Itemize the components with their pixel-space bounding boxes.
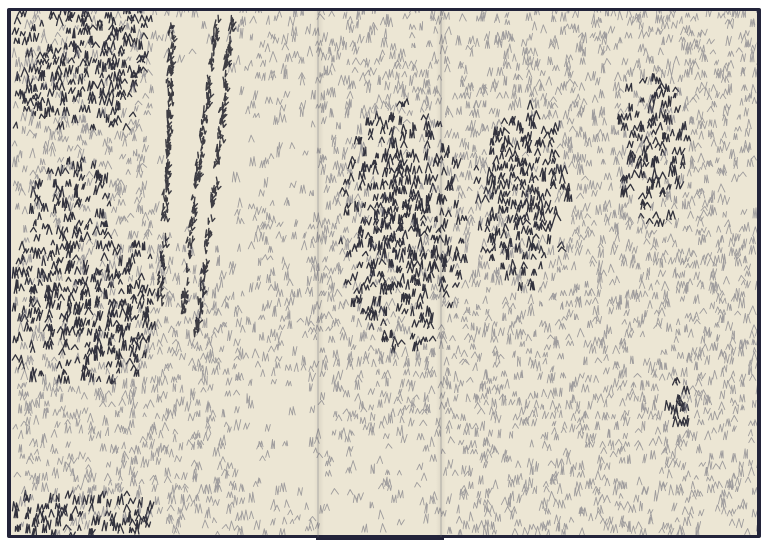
forest-ink-drawing [0, 0, 768, 547]
sketchbook-photo [0, 0, 768, 547]
spine-crease-left [314, 11, 324, 538]
